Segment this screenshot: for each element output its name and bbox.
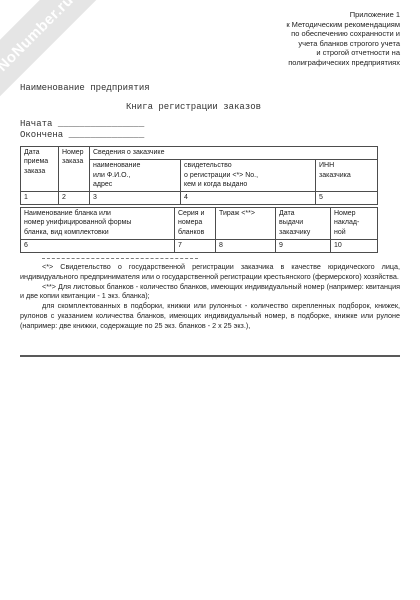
appendix-header: Приложение 1 к Методическим рекомендация… [286, 10, 400, 68]
footnote-separator [42, 258, 198, 259]
column-number-7: 7 [175, 239, 216, 252]
column-number-8: 8 [216, 239, 276, 252]
table2-header-row: Наименование бланка или номер унифициров… [21, 208, 378, 240]
col-header-registration-certificate: свидетельство о регистрации <*> No., кем… [181, 160, 316, 192]
started-line: Начата ________________ [20, 119, 144, 129]
column-number-9: 9 [276, 239, 331, 252]
column-number-5: 5 [316, 192, 378, 205]
footnotes-block: <*> Свидетельство о государственной реги… [20, 262, 400, 331]
column-number-2: 2 [59, 192, 90, 205]
col-header-order-date: Дата приема заказа [21, 147, 59, 192]
started-blank-field: ________________ [58, 119, 144, 129]
col-header-order-number: Номер заказа [59, 147, 90, 192]
column-number-3: 3 [90, 192, 181, 205]
order-registration-table-customer: Дата приема заказа Номер заказа Сведения… [20, 146, 378, 205]
finished-label: Окончена [20, 130, 69, 140]
col-header-customer-inn: ИНН заказчика [316, 160, 378, 192]
col-header-customer-name: наименование или Ф.И.О., адрес [90, 160, 181, 192]
document-title: Книга регистрации заказов [126, 102, 261, 112]
column-numbers-row: 1 2 3 4 5 [21, 192, 378, 205]
document-page: NoNumber.ru Приложение 1 к Методическим … [0, 0, 420, 600]
column-numbers-row-2: 6 7 8 9 10 [21, 239, 378, 252]
column-number-1: 1 [21, 192, 59, 205]
col-header-issue-date: Дата выдачи заказчику [276, 208, 331, 240]
col-header-invoice-number: Номер наклад- ной [331, 208, 378, 240]
col-header-print-run: Тираж <**> [216, 208, 276, 240]
col-header-customer-info-group: Сведения о заказчике [90, 147, 378, 160]
col-header-form-name: Наименование бланка или номер унифициров… [21, 208, 175, 240]
order-registration-table-forms: Наименование бланка или номер унифициров… [20, 207, 378, 253]
footnote-print-run-2: для скомплектованных в подборки, книжки … [20, 301, 400, 330]
bottom-rule [20, 355, 400, 357]
column-number-6: 6 [21, 239, 175, 252]
column-number-10: 10 [331, 239, 378, 252]
started-label: Начата [20, 119, 58, 129]
company-name-label: Наименование предприятия [20, 83, 150, 93]
finished-line: Окончена ______________ [20, 130, 144, 140]
watermark-text: NoNumber.ru [0, 0, 77, 75]
column-number-4: 4 [181, 192, 316, 205]
footnote-certificate: <*> Свидетельство о государственной реги… [20, 262, 400, 282]
table-header-row-1: Дата приема заказа Номер заказа Сведения… [21, 147, 378, 160]
footnote-print-run-1: <**> Для листовых бланков - количество б… [20, 282, 400, 302]
finished-blank-field: ______________ [69, 130, 145, 140]
col-header-series-numbers: Серия и номера бланков [175, 208, 216, 240]
